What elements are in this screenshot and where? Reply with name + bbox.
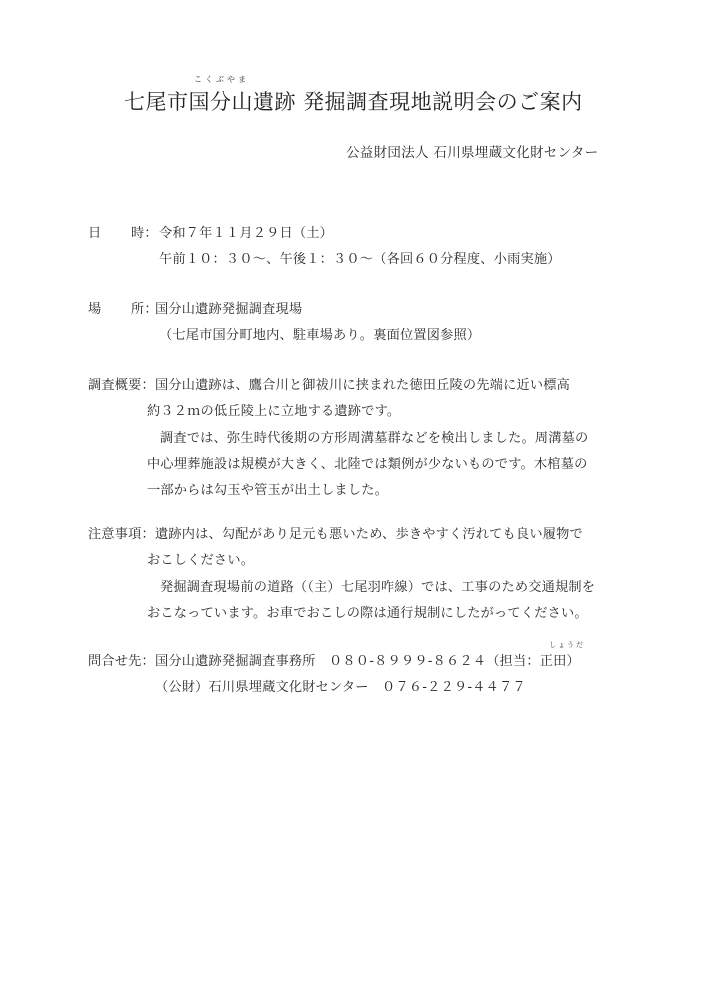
contact-ruby: しょうだ <box>549 640 585 650</box>
contact-label: 問合せ先： <box>88 650 155 669</box>
page-title: 七尾市国分山遺跡 発掘調査現地説明会のご案内 <box>124 86 583 116</box>
overview-label: 調査概要： <box>88 374 155 393</box>
overview-line: 一部からは勾玉や管玉が出土しました。 <box>147 479 388 498</box>
notes-line: 遺跡内は、勾配があり足元も悪いため、歩きやすく汚れても良い履物で <box>155 523 583 542</box>
place-detail: （七尾市国分町地内、駐車場あり。裏面位置図参照） <box>159 324 480 343</box>
notes-line: おこしください。 <box>147 549 254 568</box>
contact-center: （公財）石川県埋蔵文化財センター ０７６-２２９-４４７７ <box>155 676 526 695</box>
notes-line: おこなっています。お車でおこしの際は通行規制にしたがってください。 <box>147 602 588 621</box>
datetime-times: 午前１０：３０～、午後１：３０～（各回６０分程度、小雨実施） <box>159 248 561 267</box>
place-label-b: 所： <box>131 298 158 317</box>
title-ruby: こくぶやま <box>194 74 249 85</box>
place-name: 国分山遺跡発掘調査現場 <box>155 298 302 317</box>
datetime-label-b: 時： <box>131 222 158 241</box>
datetime-label-a: 日 <box>88 222 101 241</box>
notes-line: 発掘調査現場前の道路（（主）七尾羽咋線）では、工事のため交通規制を <box>160 576 595 595</box>
overview-line: 国分山遺跡は、鷹合川と御祓川に挟まれた徳田丘陵の先端に近い標高 <box>155 374 570 393</box>
overview-line: 約３２ｍの低丘陵上に立地する遺跡です。 <box>147 400 400 419</box>
contact-office: 国分山遺跡発掘調査事務所 ０８０-８９９９-８６２４（担当：正田） <box>155 650 580 669</box>
organization-name: 公益財団法人 石川県埋蔵文化財センター <box>346 141 598 161</box>
datetime-date: 令和７年１１月２９日（土） <box>159 222 333 241</box>
notes-label: 注意事項： <box>88 523 155 542</box>
place-label-a: 場 <box>88 298 101 317</box>
overview-line: 中心埋葬施設は規模が大きく、北陸では類例が少ないものです。木棺墓の <box>147 453 587 472</box>
overview-line: 調査では、弥生時代後期の方形周溝墓群などを検出しました。周溝墓の <box>160 427 588 446</box>
